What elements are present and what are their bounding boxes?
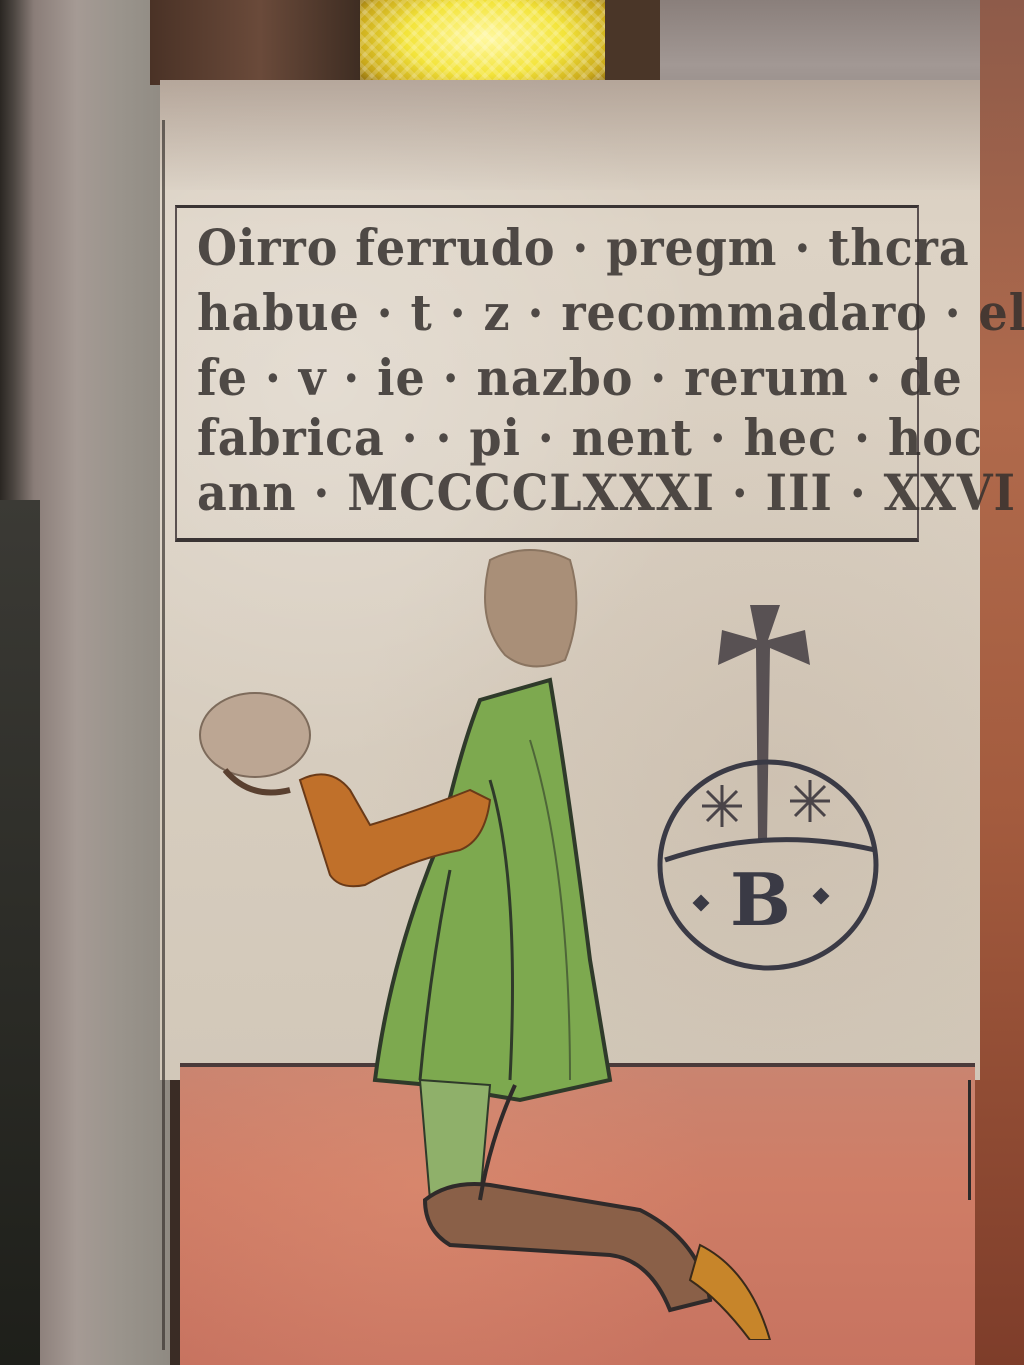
figure-head [485, 550, 576, 666]
green-robe [375, 680, 610, 1100]
offering-bowl [200, 693, 310, 777]
emblem-letter: B [730, 857, 791, 942]
inscription-line-5: ann · MCCCCLXXXI · III · XXVI [197, 463, 1016, 522]
star-icon-right [790, 780, 830, 822]
frame-left-border [162, 120, 165, 1350]
dot-right [813, 888, 830, 905]
star-icon-left [702, 785, 742, 827]
right-red-wall [975, 0, 1024, 1365]
inscription-panel: Oirro ferrudo · pregm · thcra habue · t … [175, 205, 919, 542]
brown-legs [425, 1184, 710, 1310]
inscription-line-4: fabrica · · pi · nent · hec · hoc [197, 408, 983, 467]
frame-right-border [968, 1080, 971, 1200]
inscription-line-2: habue · t · z · recommadaro · elmo [197, 283, 1024, 342]
wooden-beam-left [150, 0, 370, 85]
left-dark-shadow [0, 500, 40, 1365]
inscription-line-3: fe · v · ie · nazbo · rerum · de [197, 348, 963, 407]
damaged-plaster-edge [160, 80, 980, 190]
orb-cross-emblem: B [650, 590, 900, 980]
inscription-line-1: Oirro ferrudo · pregm · thcra [197, 218, 970, 277]
dot-left [693, 895, 710, 912]
